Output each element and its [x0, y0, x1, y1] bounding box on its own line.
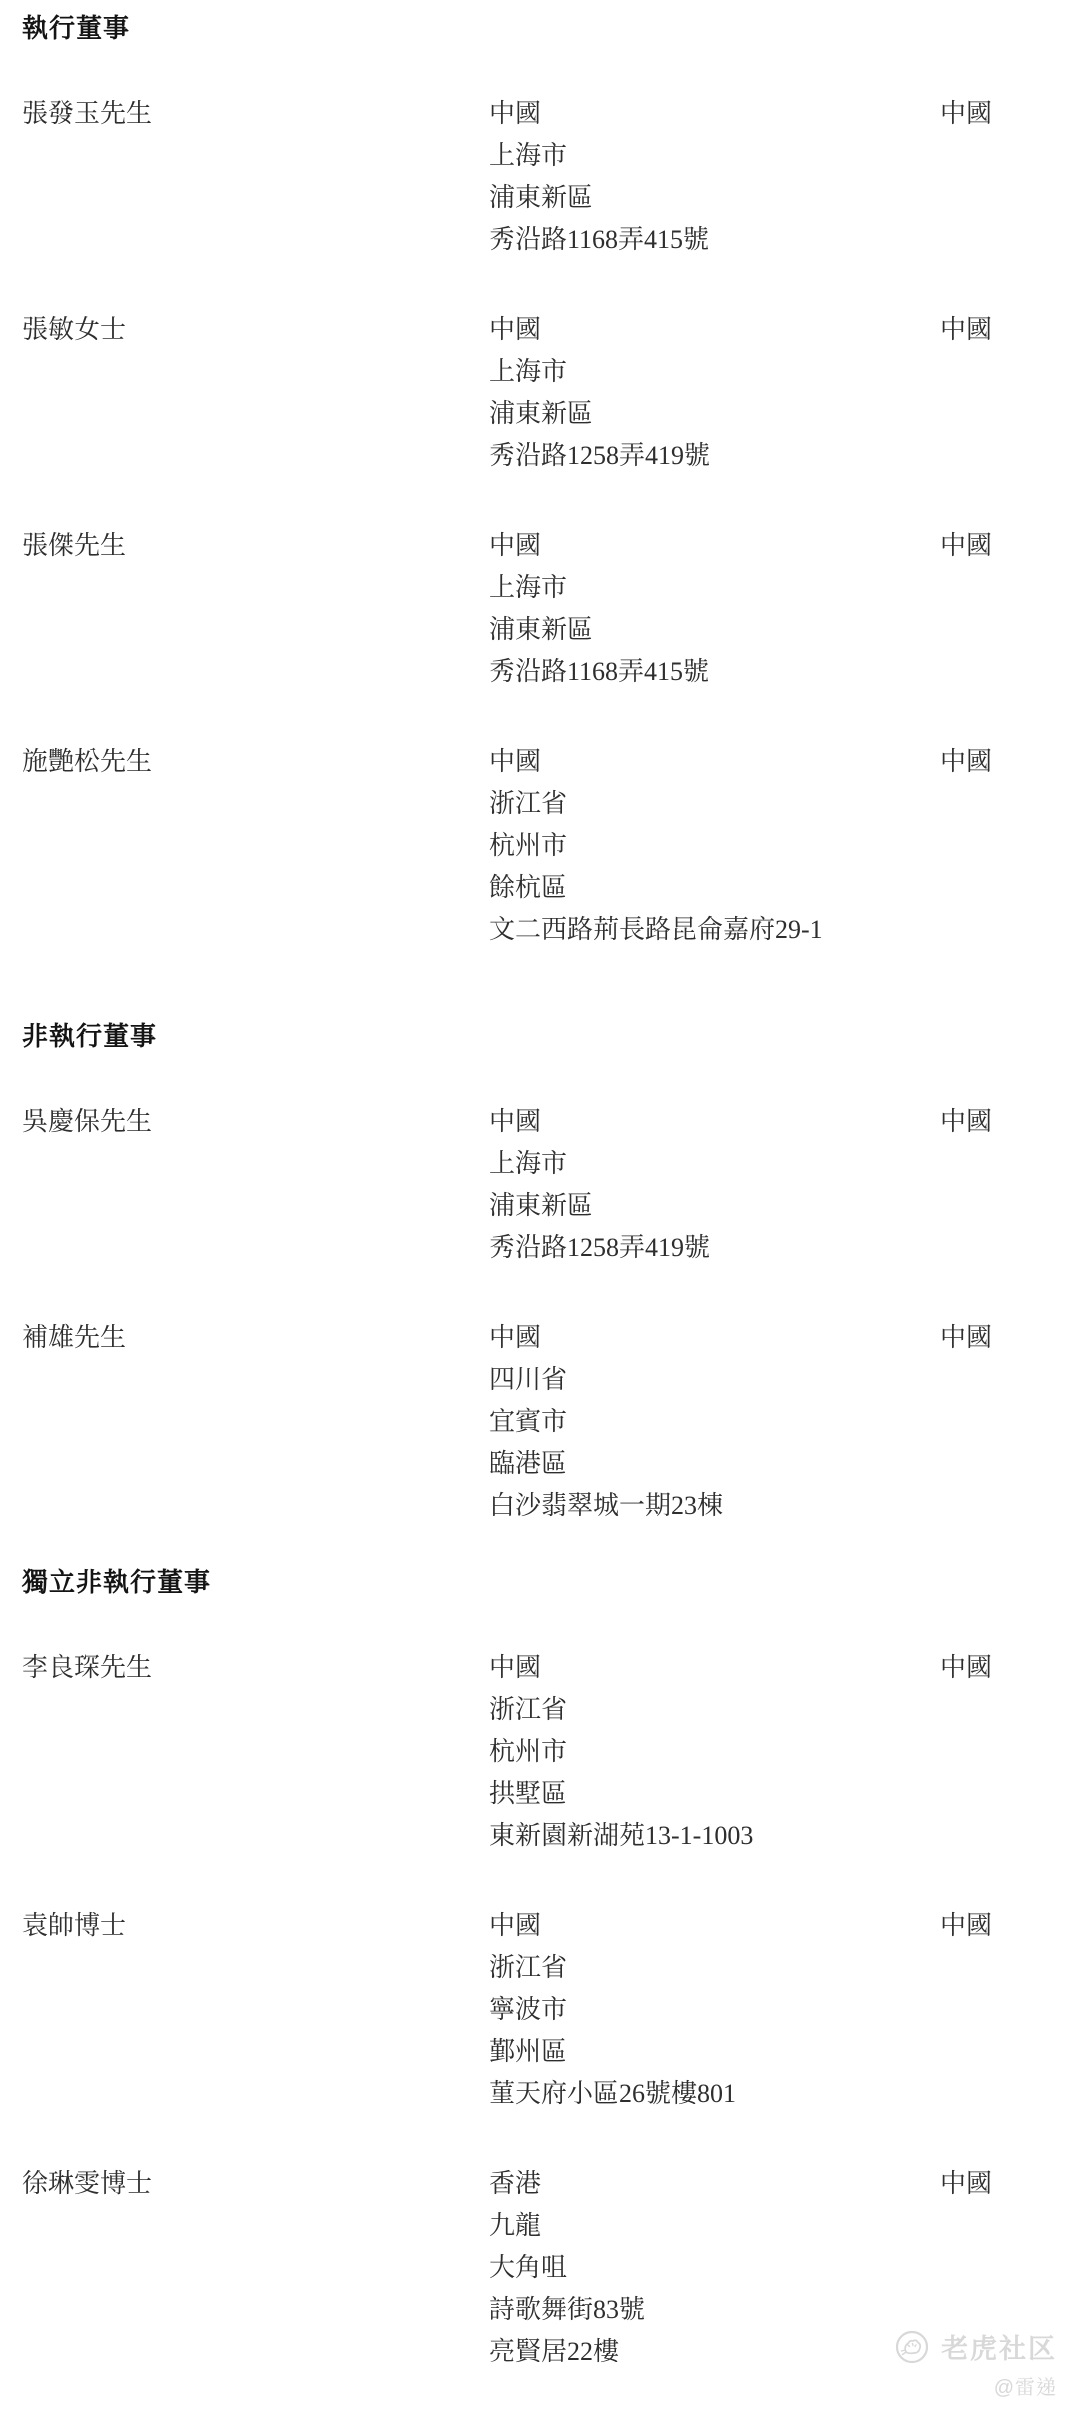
director-nationality: 中國 — [940, 1905, 1078, 2115]
section-heading: 非執行董事 — [22, 1021, 1078, 1051]
director-address: 中國浙江省寧波市鄞州區菫天府小區26號樓801 — [489, 1905, 940, 2115]
watermark-handle: @雷递 — [895, 2371, 1057, 2400]
director-address: 中國上海市浦東新區秀沿路1258弄419號 — [489, 1101, 940, 1269]
address-line: 拱墅區 — [489, 1773, 940, 1815]
director-name: 張傑先生 — [22, 525, 489, 693]
address-line: 中國 — [489, 1905, 940, 1947]
director-row: 吳慶保先生 中國上海市浦東新區秀沿路1258弄419號 中國 — [0, 1101, 1078, 1269]
director-section: 非執行董事 吳慶保先生 中國上海市浦東新區秀沿路1258弄419號 中國 補雄先… — [0, 1021, 1078, 1527]
address-line: 中國 — [489, 1101, 940, 1143]
address-line: 亮賢居22樓 — [489, 2331, 940, 2373]
address-line: 文二西路荊長路昆侖嘉府29-1 — [489, 909, 940, 951]
address-line: 白沙翡翠城一期23棟 — [489, 1485, 940, 1527]
address-line: 寧波市 — [489, 1989, 940, 2031]
address-line: 中國 — [489, 93, 940, 135]
director-address: 香港九龍大角咀詩歌舞街83號亮賢居22樓 — [489, 2163, 940, 2373]
director-row: 張敏女士 中國上海市浦東新區秀沿路1258弄419號 中國 — [0, 309, 1078, 477]
director-address: 中國浙江省杭州市拱墅區東新園新湖苑13-1-1003 — [489, 1647, 940, 1857]
director-row: 補雄先生 中國四川省宜賓市臨港區白沙翡翠城一期23棟 中國 — [0, 1317, 1078, 1527]
address-line: 秀沿路1168弄415號 — [489, 219, 940, 261]
director-name: 袁帥博士 — [22, 1905, 489, 2115]
address-line: 中國 — [489, 309, 940, 351]
address-line: 浦東新區 — [489, 177, 940, 219]
address-line: 秀沿路1258弄419號 — [489, 1227, 940, 1269]
section-heading: 獨立非執行董事 — [22, 1567, 1078, 1597]
director-list: 李良琛先生 中國浙江省杭州市拱墅區東新園新湖苑13-1-1003 中國 袁帥博士… — [0, 1647, 1078, 2373]
address-line: 菫天府小區26號樓801 — [489, 2073, 940, 2115]
director-nationality: 中國 — [940, 93, 1078, 261]
address-line: 臨港區 — [489, 1443, 940, 1485]
watermark-brand: 老虎社区 — [941, 2327, 1057, 2366]
address-line: 中國 — [489, 1647, 940, 1689]
director-address: 中國上海市浦東新區秀沿路1168弄415號 — [489, 525, 940, 693]
director-nationality: 中國 — [940, 309, 1078, 477]
director-name: 李良琛先生 — [22, 1647, 489, 1857]
director-address: 中國浙江省杭州市餘杭區文二西路荊長路昆侖嘉府29-1 — [489, 741, 940, 951]
director-name: 徐琳雯博士 — [22, 2163, 489, 2373]
director-row: 李良琛先生 中國浙江省杭州市拱墅區東新園新湖苑13-1-1003 中國 — [0, 1647, 1078, 1857]
director-name: 施艷松先生 — [22, 741, 489, 951]
address-line: 香港 — [489, 2163, 940, 2205]
tiger-logo-icon — [895, 2330, 929, 2364]
address-line: 浦東新區 — [489, 393, 940, 435]
address-line: 大角咀 — [489, 2247, 940, 2289]
director-name: 張發玉先生 — [22, 93, 489, 261]
director-row: 張傑先生 中國上海市浦東新區秀沿路1168弄415號 中國 — [0, 525, 1078, 693]
address-line: 秀沿路1258弄419號 — [489, 435, 940, 477]
director-row: 袁帥博士 中國浙江省寧波市鄞州區菫天府小區26號樓801 中國 — [0, 1905, 1078, 2115]
director-section: 獨立非執行董事 李良琛先生 中國浙江省杭州市拱墅區東新園新湖苑13-1-1003… — [0, 1567, 1078, 2373]
address-line: 餘杭區 — [489, 867, 940, 909]
address-line: 鄞州區 — [489, 2031, 940, 2073]
watermark: 老虎社区 @雷递 — [895, 2327, 1057, 2400]
address-line: 上海市 — [489, 351, 940, 393]
address-line: 中國 — [489, 1317, 940, 1359]
director-section: 執行董事 張發玉先生 中國上海市浦東新區秀沿路1168弄415號 中國 張敏女士… — [0, 13, 1078, 951]
address-line: 四川省 — [489, 1359, 940, 1401]
director-row: 施艷松先生 中國浙江省杭州市餘杭區文二西路荊長路昆侖嘉府29-1 中國 — [0, 741, 1078, 951]
address-line: 杭州市 — [489, 825, 940, 867]
director-row: 張發玉先生 中國上海市浦東新區秀沿路1168弄415號 中國 — [0, 93, 1078, 261]
address-line: 上海市 — [489, 1143, 940, 1185]
director-address: 中國四川省宜賓市臨港區白沙翡翠城一期23棟 — [489, 1317, 940, 1527]
director-address: 中國上海市浦東新區秀沿路1168弄415號 — [489, 93, 940, 261]
address-line: 浙江省 — [489, 783, 940, 825]
address-line: 上海市 — [489, 567, 940, 609]
address-line: 浦東新區 — [489, 609, 940, 651]
address-line: 宜賓市 — [489, 1401, 940, 1443]
director-nationality: 中國 — [940, 741, 1078, 951]
address-line: 浦東新區 — [489, 1185, 940, 1227]
address-line: 秀沿路1168弄415號 — [489, 651, 940, 693]
director-name: 吳慶保先生 — [22, 1101, 489, 1269]
address-line: 浙江省 — [489, 1689, 940, 1731]
address-line: 九龍 — [489, 2205, 940, 2247]
address-line: 上海市 — [489, 135, 940, 177]
director-nationality: 中國 — [940, 1101, 1078, 1269]
address-line: 杭州市 — [489, 1731, 940, 1773]
address-line: 東新園新湖苑13-1-1003 — [489, 1815, 940, 1857]
section-heading: 執行董事 — [22, 13, 1078, 43]
director-address: 中國上海市浦東新區秀沿路1258弄419號 — [489, 309, 940, 477]
directors-address-page: 執行董事 張發玉先生 中國上海市浦東新區秀沿路1168弄415號 中國 張敏女士… — [0, 0, 1078, 2373]
director-name: 張敏女士 — [22, 309, 489, 477]
director-nationality: 中國 — [940, 1647, 1078, 1857]
director-list: 張發玉先生 中國上海市浦東新區秀沿路1168弄415號 中國 張敏女士 中國上海… — [0, 93, 1078, 951]
address-line: 中國 — [489, 525, 940, 567]
address-line: 中國 — [489, 741, 940, 783]
address-line: 浙江省 — [489, 1947, 940, 1989]
director-list: 吳慶保先生 中國上海市浦東新區秀沿路1258弄419號 中國 補雄先生 中國四川… — [0, 1101, 1078, 1527]
director-nationality: 中國 — [940, 525, 1078, 693]
address-line: 詩歌舞街83號 — [489, 2289, 940, 2331]
director-name: 補雄先生 — [22, 1317, 489, 1527]
director-nationality: 中國 — [940, 1317, 1078, 1527]
